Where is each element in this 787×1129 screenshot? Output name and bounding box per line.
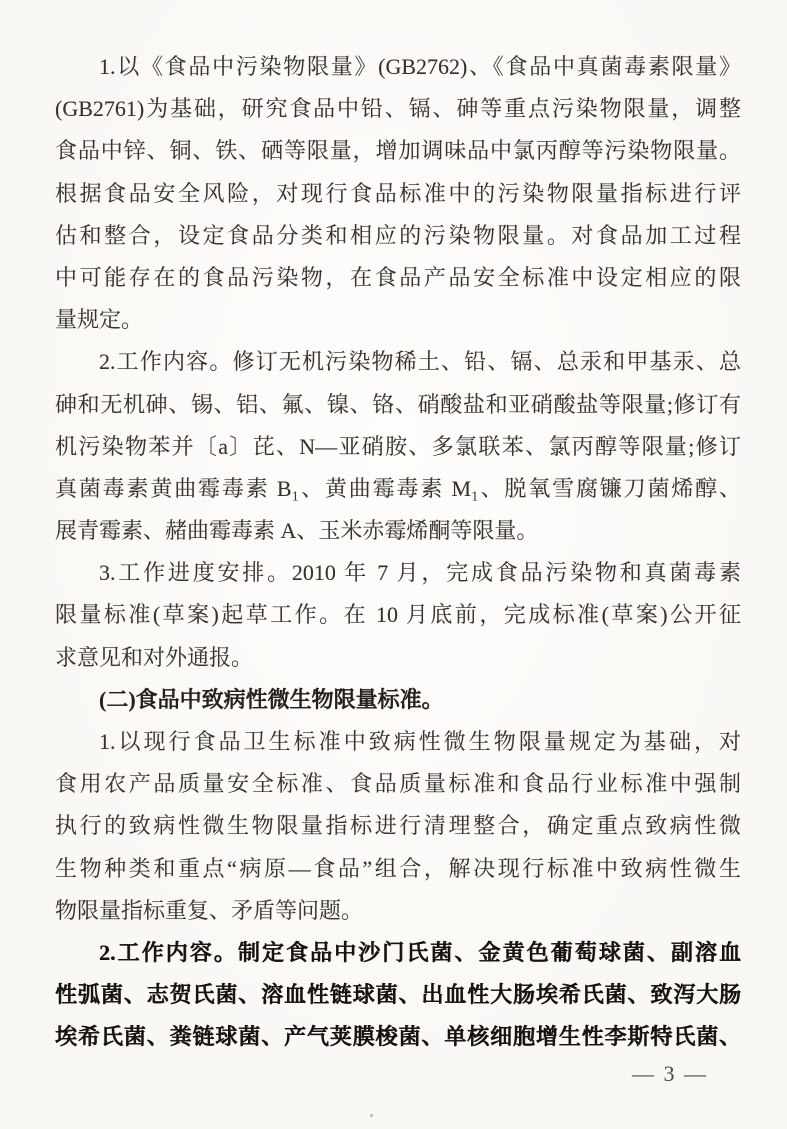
text-line: 根据食品安全风险，对现行食品标准中的污染物限量指标进行评	[55, 173, 741, 215]
text-line: 中可能存在的食品污染物，在食品产品安全标准中设定相应的限	[55, 257, 741, 299]
text-line: 食品中锌、铜、铁、硒等限量，增加调味品中氯丙醇等污染物限量。	[55, 130, 741, 172]
text-line: 限量标准(草案)起草工作。在 10 月底前，完成标准(草案)公开征	[55, 594, 741, 636]
text-line: 估和整合，设定食品分类和相应的污染物限量。对食品加工过程	[55, 215, 741, 257]
text-line: (二)食品中致病性微生物限量标准。	[55, 679, 741, 721]
text-line: 执行的致病性微生物限量指标进行清理整合，确定重点致病性微	[55, 805, 741, 847]
text-line: 量规定。	[55, 299, 741, 341]
text-line: 砷和无机砷、锡、铝、氟、镍、铬、硝酸盐和亚硝酸盐等限量;修订有	[55, 384, 741, 426]
text-line: 2.工作内容。修订无机污染物稀土、铅、镉、总汞和甲基汞、总	[55, 341, 741, 383]
text-line: 求意见和对外通报。	[55, 637, 741, 679]
text-line: 1.以现行食品卫生标准中致病性微生物限量规定为基础，对	[55, 721, 741, 763]
page-number: — 3 —	[600, 1058, 740, 1090]
text-line: 性弧菌、志贺氏菌、溶血性链球菌、出血性大肠埃希氏菌、致泻大肠	[55, 974, 741, 1016]
scan-speck	[370, 1114, 373, 1117]
text-line: 真菌毒素黄曲霉毒素 B₁、黄曲霉毒素 M₁、脱氧雪腐镰刀菌烯醇、	[55, 468, 741, 510]
text-line: 1.以《食品中污染物限量》(GB2762)、《食品中真菌毒素限量》	[55, 46, 741, 88]
text-line: 食用农产品质量安全标准、食品质量标准和食品行业标准中强制	[55, 763, 741, 805]
text-line: (GB2761)为基础，研究食品中铅、镉、砷等重点污染物限量，调整	[55, 88, 741, 130]
text-line: 机污染物苯并〔a〕芘、N—亚硝胺、多氯联苯、氯丙醇等限量;修订	[55, 426, 741, 468]
text-line: 埃希氏菌、粪链球菌、产气荚膜梭菌、单核细胞增生性李斯特氏菌、	[55, 1016, 741, 1058]
document-page: 1.以《食品中污染物限量》(GB2762)、《食品中真菌毒素限量》(GB2761…	[0, 0, 787, 1129]
text-line: 3.工作进度安排。2010 年 7 月，完成食品污染物和真菌毒素	[55, 552, 741, 594]
document-lines: 1.以《食品中污染物限量》(GB2762)、《食品中真菌毒素限量》(GB2761…	[55, 46, 741, 1059]
text-line: 生物种类和重点“病原—食品”组合，解决现行标准中致病性微生	[55, 848, 741, 890]
text-line: 物限量指标重复、矛盾等问题。	[55, 890, 741, 932]
text-line: 2.工作内容。制定食品中沙门氏菌、金黄色葡萄球菌、副溶血	[55, 932, 741, 974]
text-line: 展青霉素、赭曲霉毒素 A、玉米赤霉烯酮等限量。	[55, 510, 741, 552]
